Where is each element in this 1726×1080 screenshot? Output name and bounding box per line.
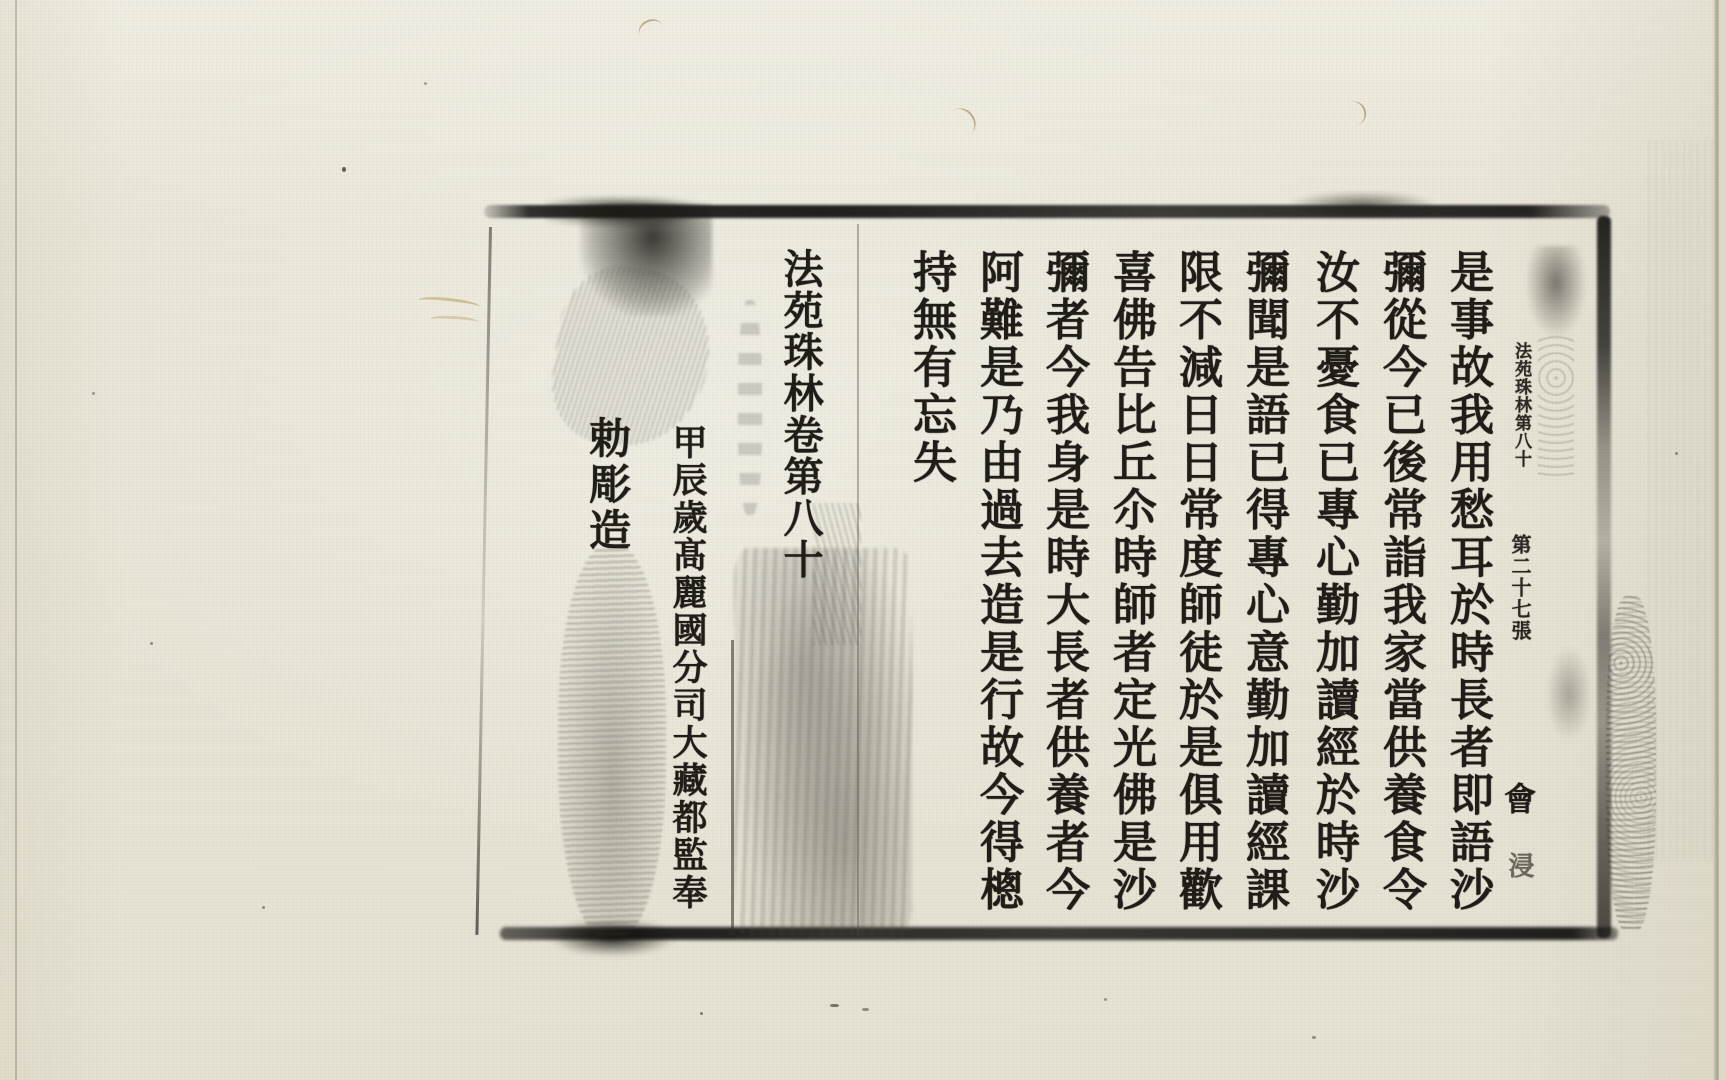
margin-engraver-mark: 浸 (1506, 852, 1532, 878)
ink-speck (1675, 452, 1678, 455)
block-left-border (475, 227, 492, 935)
text-column-5: 限不減日日常度師徒於是俱用歡 (1174, 249, 1218, 914)
paper-fiber (1351, 99, 1369, 125)
smudge-near-right-border (1546, 646, 1592, 742)
ink-speck (92, 392, 95, 395)
ink-speck (342, 167, 346, 172)
text-column-7: 彌者今我身是時大長者供養者今 (1041, 249, 1085, 914)
end-title: 法苑珠林卷第八十 (780, 248, 820, 580)
ink-dash (830, 1004, 839, 1007)
ink-dash (862, 1008, 869, 1011)
straw-inclusion (430, 315, 478, 326)
margin-case-mark: 會 (1502, 782, 1534, 814)
scanned-page: 是事故我用愁耳於時長者即語沙 彌從今已後常詣我家當供養食令 汝不憂食已專心勤加讀… (0, 0, 1726, 1080)
book-gutter-edge (0, 0, 16, 1080)
text-column-9: 持無有忘失 (908, 249, 952, 487)
ink-speck (1104, 998, 1107, 1001)
right-margin-striation (1648, 140, 1714, 860)
crease-line-dark (731, 640, 734, 935)
ink-speck (424, 82, 427, 85)
colophon-line-2: 勅彫造 (586, 416, 628, 554)
text-column-2: 彌從今已後常詣我家當供養食令 (1378, 249, 1422, 914)
text-column-1: 是事故我用愁耳於時長者即語沙 (1445, 249, 1489, 914)
right-border-speckle (1606, 596, 1656, 932)
ink-speck (150, 642, 153, 645)
speckle-trail-margin (1538, 336, 1574, 476)
gutter-inner-line (15, 0, 17, 1080)
paper-fiber (635, 15, 664, 37)
ink-speck (262, 906, 265, 909)
margin-sheet-number: 第二十七張 (1510, 534, 1530, 642)
ink-speck (700, 1012, 703, 1015)
paper-fiber (953, 103, 982, 136)
text-column-6: 喜佛告比丘尒時師者定光佛是沙 (1108, 249, 1152, 914)
ink-streaks-left-of-colophon (558, 545, 666, 940)
ink-speck (1312, 1036, 1316, 1039)
ghost-marks-small (738, 300, 762, 515)
smudge-right-of-col1 (1526, 246, 1586, 338)
text-column-8: 阿難是乃由過去造是行故今得樬 (975, 249, 1019, 914)
margin-small-title: 法苑珠林第八十 (1512, 342, 1529, 468)
colophon-line-1: 甲辰歲髙麗國分司大藏都監奉 (670, 424, 705, 912)
page-right-margin-shade (1719, 0, 1726, 1080)
top-border-smudge-right (1288, 191, 1436, 217)
straw-inclusion (418, 295, 481, 312)
text-column-3: 汝不憂食已專心勤加讀經於時沙 (1311, 249, 1355, 914)
text-column-4: 彌聞是語已得專心意勤加讀經課 (1241, 249, 1285, 914)
